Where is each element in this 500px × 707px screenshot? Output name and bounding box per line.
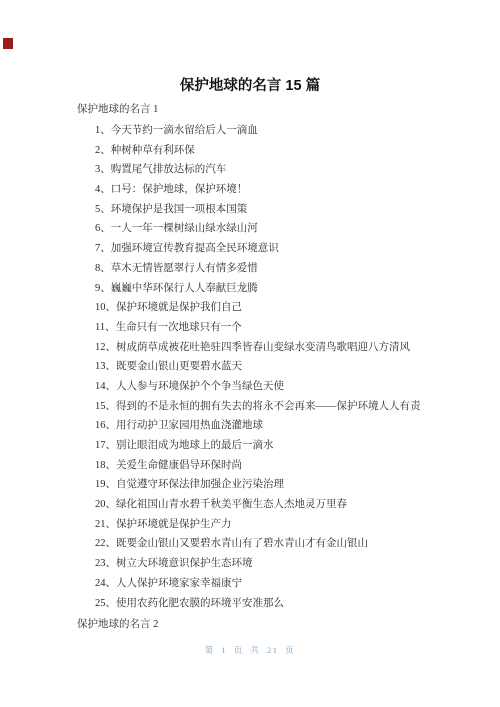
quote-line: 15、得到的不是永恒的拥有失去的将永不会再来——保护环境人人有责 [95, 397, 495, 417]
quote-line: 5、环境保护是我国一项根本国策 [95, 200, 495, 220]
quote-line: 14、人人参与环境保护个个争当绿色天使 [95, 377, 495, 397]
quote-list: 1、今天节约一滴水留给后人一滴血2、种树种草有利环保3、购置尾气排放达标的汽车4… [95, 121, 495, 613]
quote-line: 13、既要金山银山更要碧水蓝天 [95, 357, 495, 377]
quote-line: 11、生命只有一次地球只有一个 [95, 318, 495, 338]
pagination-text: 第 1 页 共 21 页 [205, 645, 295, 655]
quote-line: 21、保护环境就是保护生产力 [95, 515, 495, 535]
quote-line: 9、巍巍中华环保行人人奉献巨龙腾 [95, 279, 495, 299]
red-square-marker [3, 38, 13, 49]
quote-line: 24、人人保护环境家家幸福康宁 [95, 574, 495, 594]
quote-line: 7、加强环境宣传教育提高全民环境意识 [95, 239, 495, 259]
section-heading-2: 保护地球的名言 2 [77, 616, 158, 631]
quote-line: 10、保护环境就是保护我们自己 [95, 298, 495, 318]
quote-line: 18、关爱生命健康倡导环保时尚 [95, 456, 495, 476]
quote-line: 1、今天节约一滴水留给后人一滴血 [95, 121, 495, 141]
page-title: 保护地球的名言 15 篇 [0, 74, 500, 95]
quote-line: 12、树成荫草成被花吐艳驻四季皆春山变绿水变清鸟歌唱迎八方清风 [95, 338, 495, 358]
section-heading-1: 保护地球的名言 1 [77, 101, 158, 116]
quote-line: 20、绿化祖国山青水碧千秋美平衡生态人杰地灵万里春 [95, 495, 495, 515]
quote-line: 25、使用农药化肥农膜的环境平安准那么 [95, 594, 495, 614]
quote-line: 8、草木无情皆愿翠行人有情多爱惜 [95, 259, 495, 279]
page-footer: 第 1 页 共 21 页 [0, 644, 500, 656]
quote-line: 22、既要金山银山又要碧水青山有了碧水青山才有金山银山 [95, 534, 495, 554]
quote-line: 4、口号：保护地球，保护环境！ [95, 180, 495, 200]
quote-line: 2、种树种草有利环保 [95, 141, 495, 161]
quote-line: 17、别让眼泪成为地球上的最后一滴水 [95, 436, 495, 456]
quote-line: 19、自觉遵守环保法律加强企业污染治理 [95, 475, 495, 495]
document-page: 保护地球的名言 15 篇 保护地球的名言 1 1、今天节约一滴水留给后人一滴血2… [0, 0, 500, 707]
quote-line: 23、树立大环境意识保护生态环境 [95, 554, 495, 574]
quote-line: 16、用行动护卫家园用热血浇灌地球 [95, 416, 495, 436]
quote-line: 6、一人一年一棵树绿山绿水绿山河 [95, 219, 495, 239]
quote-line: 3、购置尾气排放达标的汽车 [95, 160, 495, 180]
